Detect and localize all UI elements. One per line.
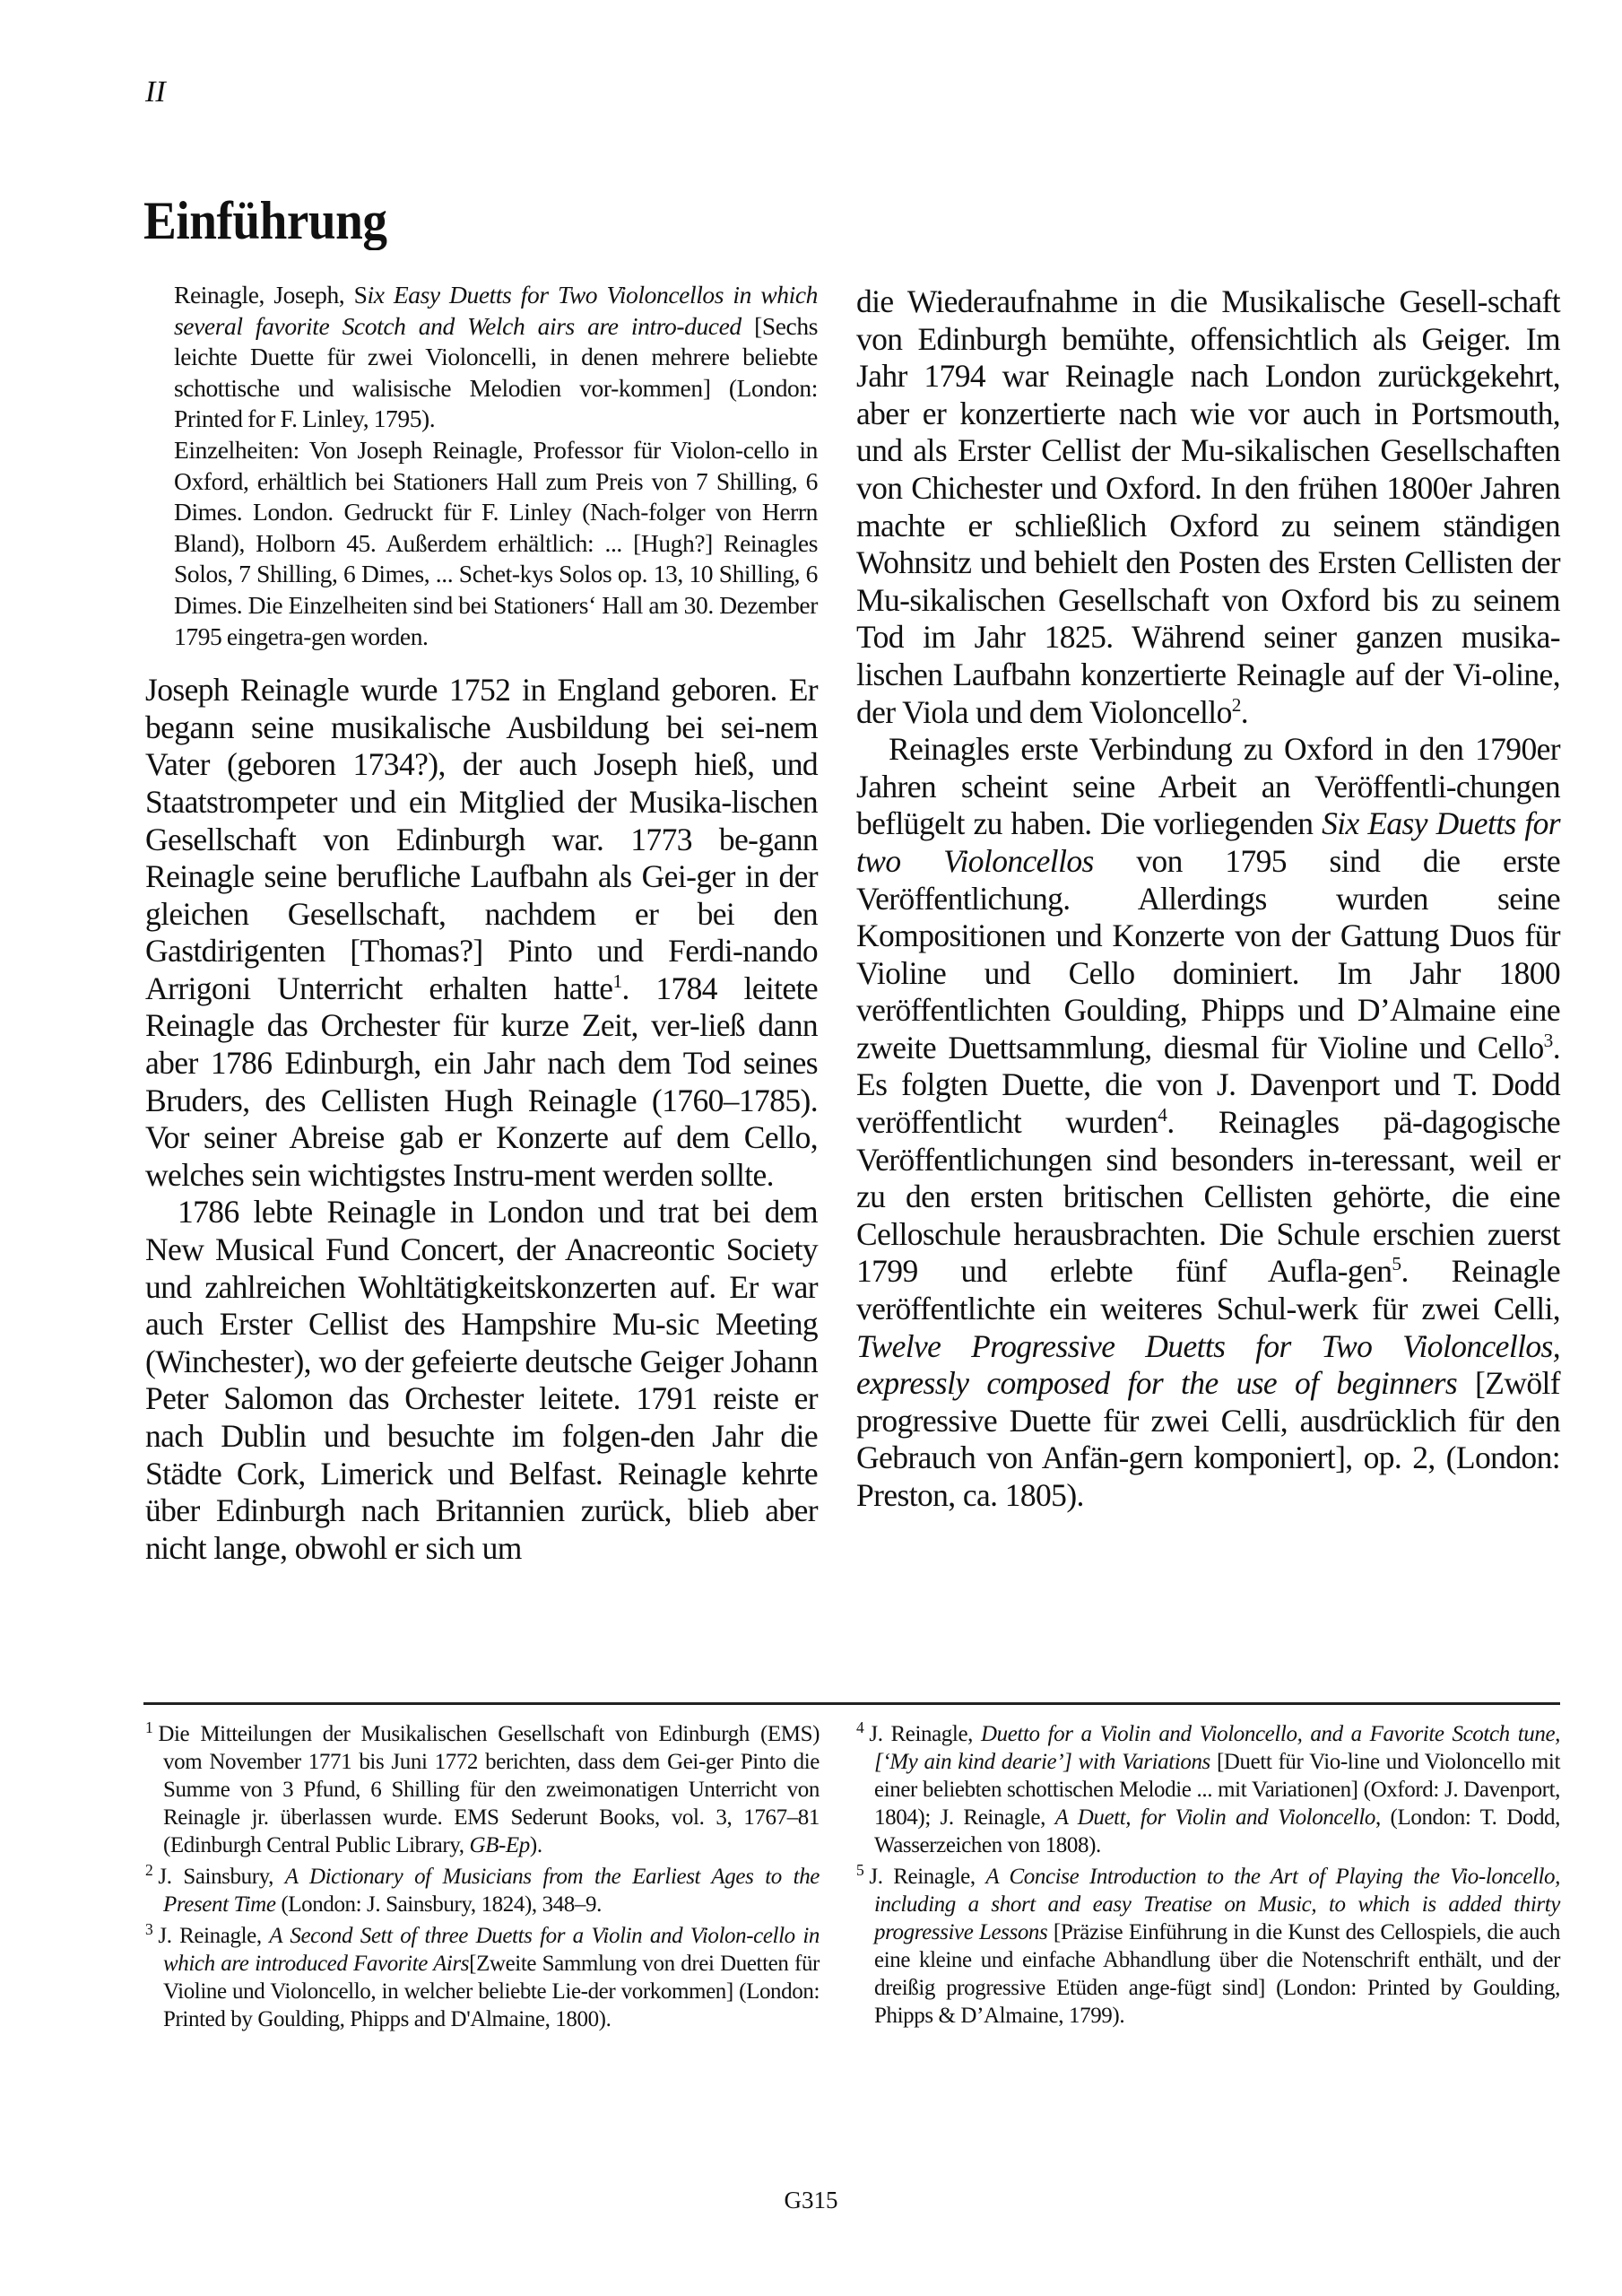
footnote-5: 5J. Reinagle, A Concise Introduction to … [856, 1863, 1560, 2030]
source-author: Reinagle, Joseph, S [174, 281, 368, 309]
footnote-2: 2J. Sainsbury, A Dictionary of Musicians… [145, 1863, 820, 1918]
footnote-ref-2[interactable]: 2 [1232, 694, 1241, 716]
right-column: die Wiederaufnahme in die Musikalische G… [856, 283, 1560, 1515]
page-title: Einführung [143, 190, 387, 252]
body-paragraph: Joseph Reinagle wurde 1752 in England ge… [145, 672, 818, 1194]
footnote-ref-3[interactable]: 3 [1544, 1030, 1553, 1051]
footnote-4: 4J. Reinagle, Duetto for a Violin and Vi… [856, 1720, 1560, 1859]
body-paragraph: die Wiederaufnahme in die Musikalische G… [856, 283, 1560, 731]
page-footer-label: G315 [0, 2187, 1622, 2214]
footnote-ref-5[interactable]: 5 [1392, 1254, 1401, 1275]
page-number: II [145, 75, 166, 109]
body-paragraph: Reinagles erste Verbindung zu Oxford in … [856, 731, 1560, 1514]
footnotes-left: 1Die Mitteilungen der Musikalischen Gese… [145, 1720, 820, 2037]
footnote-ref-1[interactable]: 1 [612, 970, 621, 992]
footnote-1: 1Die Mitteilungen der Musikalischen Gese… [145, 1720, 820, 1859]
footnote-ref-4[interactable]: 4 [1158, 1104, 1167, 1126]
footnote-3: 3J. Reinagle, A Second Sett of three Due… [145, 1922, 820, 2033]
body-paragraph: 1786 lebte Reinagle in London und trat b… [145, 1194, 818, 1567]
footnote-divider [143, 1702, 1560, 1705]
source-description: Reinagle, Joseph, Six Easy Duetts for Tw… [174, 280, 818, 652]
work-title: Twelve Progressive Duetts for Two Violon… [856, 1328, 1560, 1402]
left-column: Reinagle, Joseph, Six Easy Duetts for Tw… [145, 280, 818, 1567]
footnotes-right: 4J. Reinagle, Duetto for a Violin and Vi… [856, 1720, 1560, 2033]
source-details: Einzelheiten: Von Joseph Reinagle, Profe… [174, 436, 818, 650]
